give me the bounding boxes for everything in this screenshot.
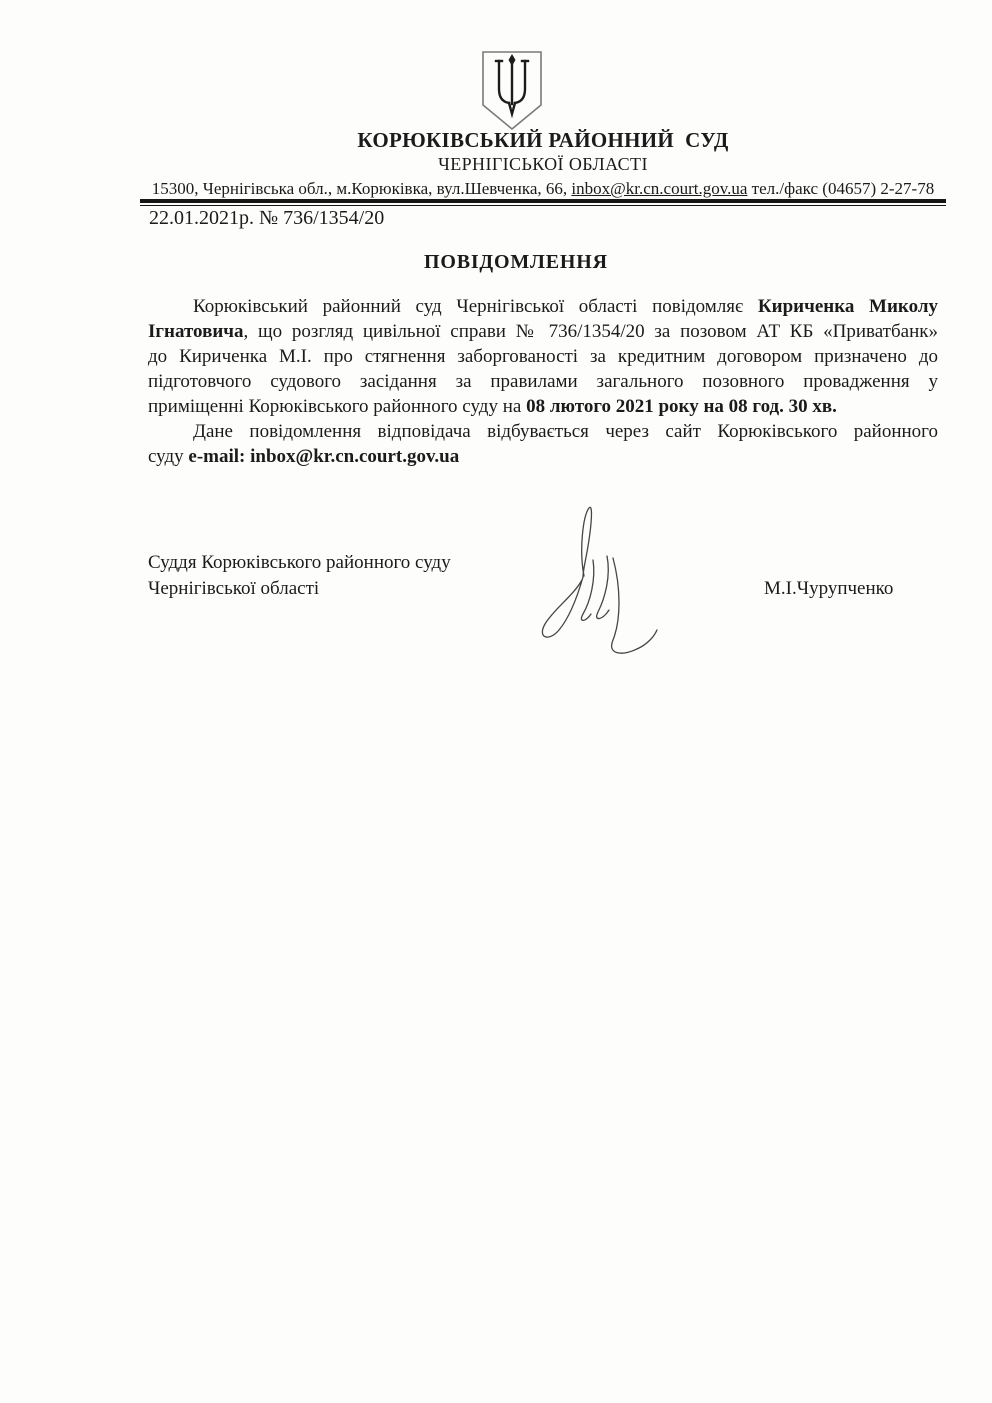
scanned-court-notice-page: КОРЮКІВСЬКИЙ РАЙОННИЙ СУД ЧЕРНІГІСЬКОЇ О… — [0, 0, 992, 1403]
ukraine-trident-emblem-icon — [479, 49, 545, 133]
court-name: КОРЮКІВСЬКИЙ РАЙОННИЙ СУД — [140, 128, 946, 153]
body-text-segment: Дане повідомлення відповідача відбуваєть… — [193, 421, 938, 442]
phone-fax-text: тел./факс (04657) 2-27-78 — [747, 179, 934, 198]
court-address-line: 15300, Чернігівська обл., м.Корюківка, в… — [140, 179, 946, 199]
body-line: Ігнатовича, що розгляд цивільної справи … — [148, 319, 938, 344]
date-and-case-number: 22.01.2021р. № 736/1354/20 — [149, 207, 384, 230]
body-line: приміщенні Корюківського районного суду … — [148, 394, 938, 419]
judge-name: М.І.Чурупченко — [764, 578, 893, 600]
document-title: ПОВІДОМЛЕННЯ — [424, 251, 608, 274]
body-line: до Кириченка М.І. про стягнення заборгов… — [148, 344, 938, 369]
body-text-segment: приміщенні Корюківського районного суду … — [148, 396, 526, 417]
court-region: ЧЕРНІГІСЬКОЇ ОБЛАСТІ — [140, 154, 946, 175]
judge-signature — [527, 502, 669, 660]
judge-position-line1: Суддя Корюківського районного суду — [148, 550, 451, 576]
notification-body: Корюківський районний суд Чернігівської … — [148, 294, 938, 469]
body-text-segment: Корюківський районний суд Чернігівської … — [193, 296, 758, 317]
court-email: inbox@kr.cn.court.gov.ua — [571, 179, 747, 198]
body-text-segment: підготовчого судового засідання за прави… — [148, 371, 938, 392]
judge-position-line2: Чернігівської області — [148, 576, 451, 602]
divider-thick-rule — [140, 199, 946, 203]
body-line: суду e-mail: inbox@kr.cn.court.gov.ua — [148, 444, 938, 469]
body-line: Корюківський районний суд Чернігівської … — [148, 294, 938, 319]
address-text: 15300, Чернігівська обл., м.Корюківка, в… — [152, 179, 572, 198]
body-text-bold-segment: Кириченка Миколу — [758, 296, 938, 317]
body-line: підготовчого судового засідання за прави… — [148, 369, 938, 394]
body-line: Дане повідомлення відповідача відбуваєть… — [148, 419, 938, 444]
body-text-bold-segment: Ігнатовича — [148, 321, 244, 342]
body-text-bold-segment: e-mail: inbox@kr.cn.court.gov.ua — [188, 446, 459, 467]
body-text-segment: , що розгляд цивільної справи № 736/1354… — [244, 321, 938, 342]
body-text-segment: суду — [148, 446, 188, 467]
header-divider — [140, 199, 946, 206]
judge-position: Суддя Корюківського районного суду Черні… — [148, 550, 451, 602]
body-text-segment: до Кириченка М.І. про стягнення заборгов… — [148, 346, 938, 367]
body-text-bold-segment: 08 лютого 2021 року на 08 год. 30 хв. — [526, 396, 837, 417]
